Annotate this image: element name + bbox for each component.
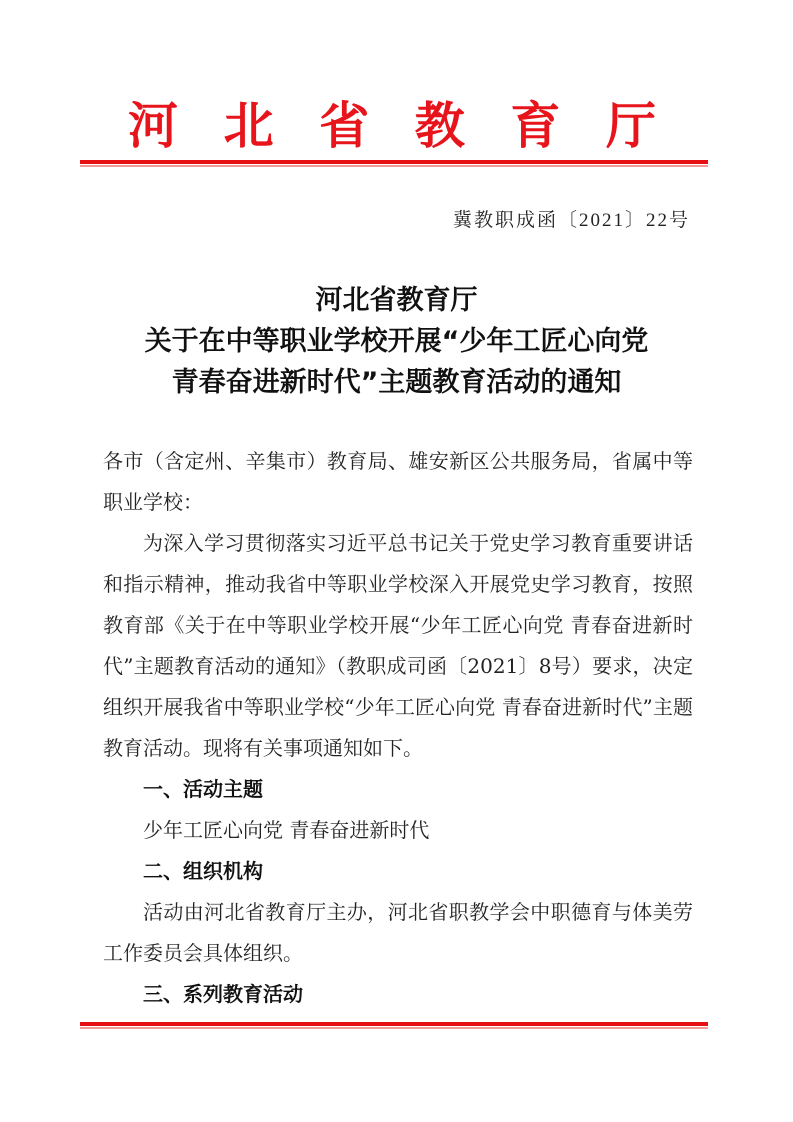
document-title: 河北省教育厅 关于在中等职业学校开展“少年工匠心向党 青春奋进新时代”主题教育活… — [0, 280, 793, 403]
section-heading: 二、组织机构 — [103, 851, 693, 892]
document-number: 冀教职成函〔2021〕22号 — [453, 205, 690, 232]
section-text: 少年工匠心向党 青春奋进新时代 — [103, 810, 693, 851]
intro-paragraph: 为深入学习贯彻落实习近平总书记关于党史学习教育重要讲话和指示精神，推动我省中等职… — [103, 523, 693, 769]
masthead-char: 厅 — [606, 96, 656, 156]
document-page: 河 北 省 教 育 厅 冀教职成函〔2021〕22号 河北省教育厅 关于在中等职… — [0, 0, 793, 1122]
masthead-char: 教 — [415, 96, 465, 156]
title-line-3: 青春奋进新时代”主题教育活动的通知 — [0, 362, 793, 403]
section-text: 活动由河北省教育厅主办，河北省职教学会中职德育与体美劳工作委员会具体组织。 — [103, 892, 693, 974]
document-body: 各市（含定州、辛集市）教育局、雄安新区公共服务局，省属中等职业学校： 为深入学习… — [103, 441, 693, 1015]
masthead-header: 河 北 省 教 育 厅 — [80, 96, 708, 156]
masthead-char: 育 — [510, 96, 560, 156]
title-line-2: 关于在中等职业学校开展“少年工匠心向党 — [0, 321, 793, 362]
masthead-char: 省 — [319, 96, 369, 156]
masthead-char: 河 — [128, 96, 178, 156]
title-line-1: 河北省教育厅 — [0, 280, 793, 321]
red-divider-bottom — [80, 1022, 708, 1029]
masthead-char: 北 — [224, 96, 274, 156]
red-divider-top — [80, 160, 708, 167]
salutation: 各市（含定州、辛集市）教育局、雄安新区公共服务局，省属中等职业学校： — [103, 441, 693, 523]
section-heading: 三、系列教育活动 — [103, 974, 693, 1015]
section-heading: 一、活动主题 — [103, 769, 693, 810]
